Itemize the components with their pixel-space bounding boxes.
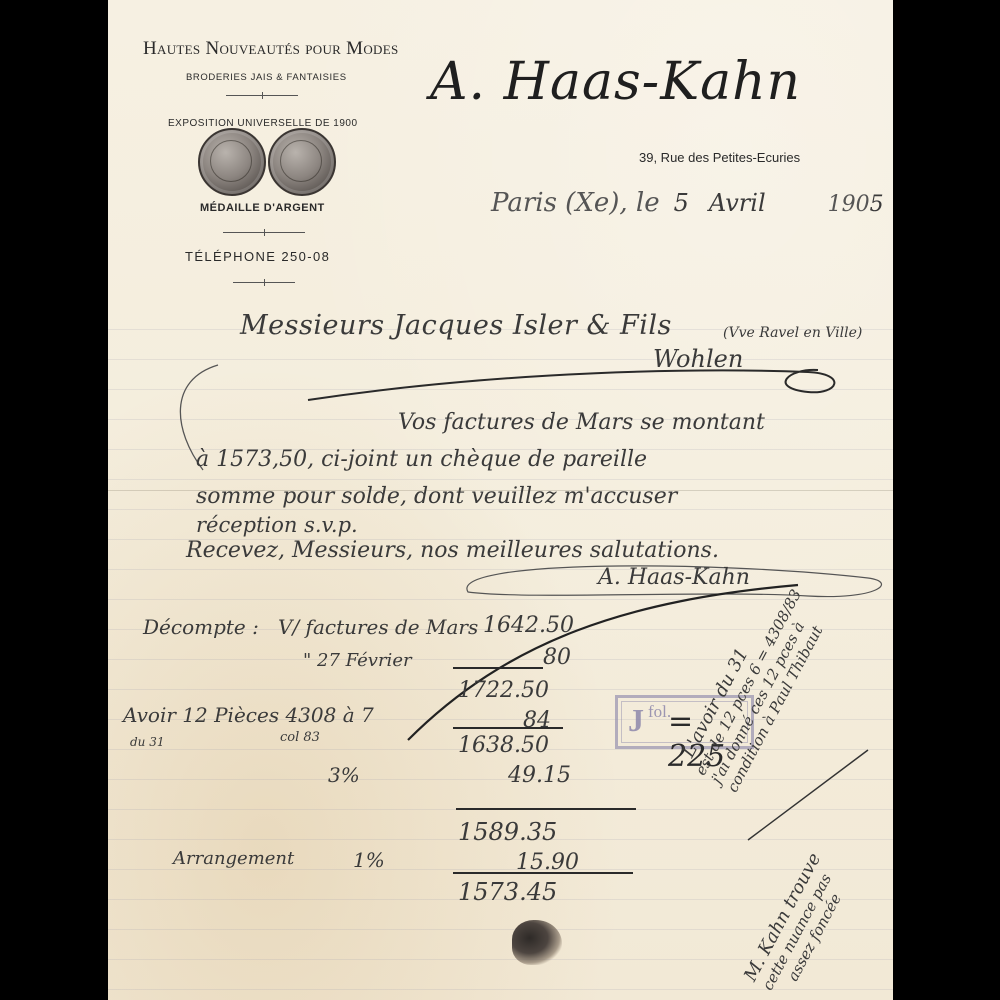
escompte-rate: 1%: [353, 848, 385, 872]
signature: A. Haas-Kahn: [598, 565, 750, 590]
underline: [453, 667, 543, 669]
stamp-letter: J: [628, 702, 644, 739]
discount-amount: 49.15: [508, 763, 571, 788]
body-line-5: Recevez, Messieurs, nos meilleures salut…: [186, 538, 719, 563]
body-line-3: somme pour solde, dont veuillez m'accuse…: [196, 484, 677, 509]
letter-page: Hautes Nouveautés pour Modes BRODERIES J…: [108, 0, 893, 1000]
subtotal-2: 1638.50: [458, 733, 549, 758]
body-line-4: réception s.v.p.: [196, 513, 358, 537]
row2-amount: 80: [543, 645, 571, 670]
underline: [453, 727, 563, 729]
total-amount: 1573.45: [458, 878, 557, 906]
row3-amount: 84: [523, 708, 551, 733]
row1-desc: V/ factures de Mars: [278, 615, 478, 639]
row3-sub-left: du 31: [130, 735, 165, 749]
body-line-2: à 1573,50, ci-joint un chèque de pareill…: [196, 447, 647, 472]
escompte-label: Arrangement: [173, 848, 294, 869]
underline: [456, 808, 636, 810]
subtotal-1: 1722.50: [458, 678, 549, 703]
decompte-label: Décompte :: [143, 615, 259, 639]
underline: [453, 872, 633, 874]
row3-desc: Avoir 12 Pièces 4308 à 7: [123, 703, 374, 727]
discount-label: 3%: [328, 763, 360, 787]
ink-blot: [512, 920, 562, 965]
subtotal-3: 1589.35: [458, 818, 557, 846]
row3-sub-right: col 83: [280, 730, 320, 745]
row1-amount: 1642.50: [483, 613, 574, 638]
body-line-1: Vos factures de Mars se montant: [398, 410, 765, 435]
row2-desc: " 27 Février: [303, 650, 412, 671]
